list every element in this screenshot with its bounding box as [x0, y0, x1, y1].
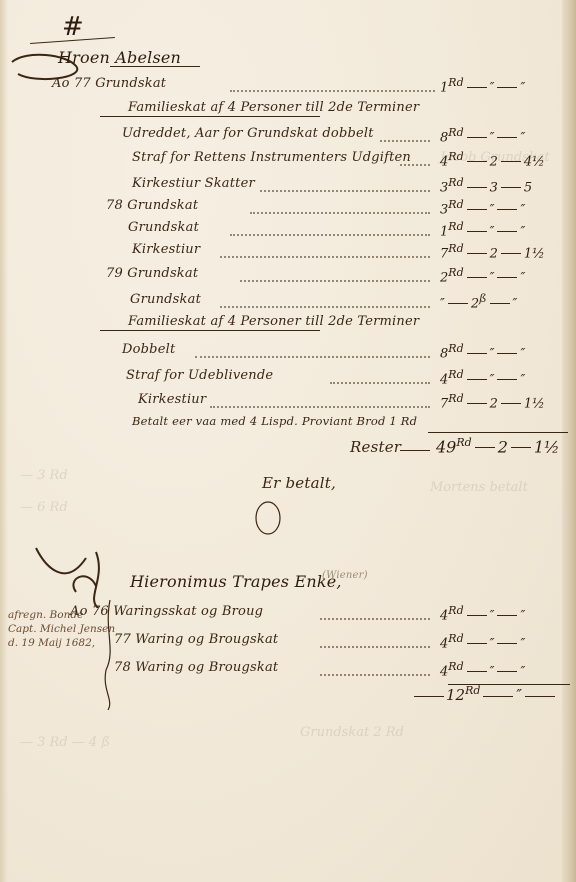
closing-flourish — [250, 480, 290, 540]
ledger-entry-text: Ao 76 Waringsskat og Broug — [70, 604, 263, 619]
unit-rd: Rd — [448, 604, 463, 617]
page-mark: # — [62, 12, 84, 42]
total-amount: 12Rd″ — [446, 684, 558, 704]
unit-sk: ß — [479, 292, 486, 305]
amount-pen: 1½ — [524, 246, 545, 261]
heading2-flourish — [26, 538, 136, 608]
page-binding-edge — [562, 0, 576, 882]
ledger-amount: 2Rd″″ — [440, 266, 525, 285]
ledger-amount: 4Rd″″ — [440, 632, 525, 651]
amount-pen: ″ — [513, 296, 518, 311]
amount-pen: ″ — [520, 608, 525, 623]
ledger-amount: 1Rd″″ — [440, 220, 525, 239]
ledger-entry-text: Kirkestiur Skatter — [132, 176, 255, 191]
unit-rd: Rd — [448, 76, 463, 89]
ledger-amount: 4Rd″″ — [440, 368, 525, 387]
ledger-entry-text: Dobbelt — [122, 342, 175, 357]
amount-pen: 4½ — [524, 154, 545, 169]
unit-rd: Rd — [448, 660, 463, 673]
total-dash — [400, 450, 430, 451]
total-dash — [414, 696, 444, 697]
ledger-amount: 4Rd″″ — [440, 604, 525, 623]
bleed-through-text: — 3 Rd — [20, 468, 68, 483]
total-sk: ″ — [516, 686, 522, 704]
faint-note: (Wiener) — [322, 570, 368, 581]
ledger-entry-text: Grundskat — [128, 220, 199, 235]
amount-sk: ″ — [490, 80, 495, 95]
dot-leader — [230, 90, 435, 92]
dot-leader — [400, 164, 430, 166]
amount-sk: 2 — [490, 246, 498, 261]
amount-sk: ″ — [490, 636, 495, 651]
unit-rd: Rd — [448, 632, 463, 645]
ledger-amount: 3Rd″″ — [440, 198, 525, 217]
ledger-entry-text: Betalt eer vaa med 4 Lispd. Proviant Bro… — [132, 414, 417, 428]
ledger-page: Jacob Grundskat Mortens betalt — 3 Rd — … — [0, 0, 576, 882]
entry-underline — [100, 116, 320, 117]
ledger-entry-text: Ao 77 Grundskat — [52, 76, 166, 91]
bleed-through-text: — 3 Rd — 4 ß — [20, 735, 110, 750]
bleed-through-text: Grundskat 2 Rd — [300, 725, 404, 740]
ledger-entry-text: Straf for Udeblivende — [126, 368, 273, 383]
ledger-entry-text: Grundskat — [130, 292, 201, 307]
total-sk: 2 — [498, 437, 508, 456]
total-rd: 12 — [446, 686, 465, 704]
ledger-entry-text: Familieskat af 4 Personer till 2de Termi… — [128, 100, 419, 115]
heading-underline — [110, 66, 200, 67]
unit-rd: Rd — [448, 266, 463, 279]
amount-sk: 3 — [490, 180, 498, 195]
unit-rd: Rd — [448, 176, 463, 189]
amount-pen: ″ — [520, 664, 525, 679]
unit-rd: Rd — [448, 368, 463, 381]
ledger-entry-text: Kirkestiur — [138, 392, 206, 407]
amount-sk: ″ — [490, 224, 495, 239]
unit-rd: Rd — [448, 392, 463, 405]
unit-rd: Rd — [448, 220, 463, 233]
ledger-amount: ″2ß″ — [440, 292, 517, 311]
dot-leader — [320, 646, 430, 648]
ledger-amount: 8Rd″″ — [440, 126, 525, 145]
dot-leader — [380, 140, 430, 142]
ledger-entry-text: Straf for Rettens Instrumenters Udgiften — [132, 150, 411, 165]
amount-sk: ″ — [490, 346, 495, 361]
amount-pen: ″ — [520, 80, 525, 95]
amount-pen: ″ — [520, 224, 525, 239]
ledger-amount: 1Rd″″ — [440, 76, 525, 95]
amount-sk: ″ — [490, 372, 495, 387]
total-rule — [428, 432, 568, 433]
dot-leader — [220, 306, 430, 308]
unit-rd: Rd — [448, 242, 463, 255]
total-rd: 49 — [436, 437, 456, 456]
dot-leader — [330, 382, 430, 384]
amount-pen: 1½ — [524, 396, 545, 411]
dot-leader — [195, 356, 430, 358]
ledger-amount: 8Rd″″ — [440, 342, 525, 361]
amount-pen: 5 — [524, 180, 532, 195]
dot-leader — [210, 406, 430, 408]
account-heading-2: Hieronimus Trapes Enke, — [130, 572, 342, 591]
dot-leader — [240, 280, 430, 282]
bleed-through-text: — 6 Rd — [20, 500, 68, 515]
dot-leader — [320, 618, 430, 620]
entry-underline — [100, 330, 320, 331]
amount-pen: ″ — [520, 372, 525, 387]
ledger-entry-text: 77 Waring og Brougskat — [114, 632, 278, 647]
amount-pen: ″ — [520, 270, 525, 285]
unit-rd: Rd — [448, 342, 463, 355]
amount-pen: ″ — [520, 130, 525, 145]
ledger-entry-text: 79 Grundskat — [106, 266, 198, 281]
dot-leader — [320, 674, 430, 676]
amount-sk: ″ — [490, 202, 495, 217]
amount-sk: 2 — [490, 154, 498, 169]
ledger-amount: 4Rd24½ — [440, 150, 545, 169]
dot-leader — [260, 190, 430, 192]
amount-sk: ″ — [490, 270, 495, 285]
unit-rd: Rd — [448, 198, 463, 211]
amount-sk: ″ — [490, 664, 495, 679]
dot-leader — [250, 212, 430, 214]
amount-sk: 2 — [471, 296, 479, 311]
ledger-entry-text: Familieskat af 4 Personer till 2de Termi… — [128, 314, 419, 329]
account-heading: Hroen Abelsen — [58, 48, 181, 67]
ledger-entry-text: 78 Grundskat — [106, 198, 198, 213]
unit-rd: Rd — [448, 126, 463, 139]
total-label: Rester — [350, 438, 401, 456]
amount-pen: ″ — [520, 636, 525, 651]
ledger-amount: 3Rd35 — [440, 176, 532, 195]
amount-rd: ″ — [440, 296, 445, 311]
amount-pen: ″ — [520, 346, 525, 361]
unit-rd: Rd — [456, 436, 471, 449]
ledger-amount: 4Rd″″ — [440, 660, 525, 679]
ledger-amount: 7Rd21½ — [440, 392, 545, 411]
bleed-through-text: Mortens betalt — [430, 480, 528, 495]
dot-leader — [230, 234, 430, 236]
ledger-entry-text: Kirkestiur — [132, 242, 200, 257]
amount-sk: ″ — [490, 130, 495, 145]
dot-leader — [220, 256, 430, 258]
unit-rd: Rd — [448, 150, 463, 163]
unit-rd: Rd — [465, 684, 480, 697]
ledger-entry-text: Udreddet, Aar for Grundskat dobbelt — [122, 126, 374, 141]
total-pen: 1½ — [534, 437, 560, 456]
amount-sk: ″ — [490, 608, 495, 623]
total-amount: 49Rd21½ — [436, 436, 560, 456]
amount-sk: 2 — [490, 396, 498, 411]
page-left-edge — [0, 0, 8, 882]
ledger-entry-text: 78 Waring og Brougskat — [114, 660, 278, 675]
amount-pen: ″ — [520, 202, 525, 217]
ledger-amount: 7Rd21½ — [440, 242, 545, 261]
